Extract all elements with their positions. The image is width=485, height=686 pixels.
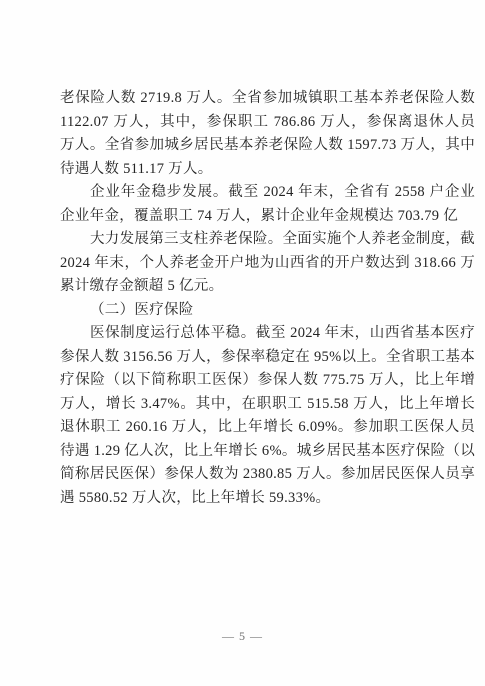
page-footer: — 5 —	[0, 627, 485, 645]
text-line: 企业年金，覆盖职工 74 万人，累计企业年金规模达 703.79 亿元。	[60, 205, 475, 229]
text-line: 大力发展第三支柱养老保险。全面实施个人养老金制度，截至	[60, 228, 475, 252]
section-heading: （二）医疗保险	[60, 299, 475, 323]
page-number: — 5 —	[222, 629, 263, 643]
text-line: 遇 5580.52 万人次，比上年增长 59.33%。	[60, 487, 475, 511]
text-line: 待遇 1.29 亿人次，比上年增长 6%。城乡居民基本医疗保险（以下	[60, 440, 475, 464]
text-line: 老保险人数 2719.8 万人。全省参加城镇职工基本养老保险人数	[60, 87, 475, 111]
text-line: 1122.07 万人，其中，参保职工 786.86 万人，参保离退休人员 335…	[60, 111, 475, 135]
text-line: 参保人数 3156.56 万人，参保率稳定在 95%以上。全省职工基本医	[60, 346, 475, 370]
text-line: 退休职工 260.16 万人，比上年增长 6.09%。参加职工医保人员享受	[60, 416, 475, 440]
text-line: 万人，增长 3.47%。其中，在职职工 515.58 万人，比上年增长 2.2%…	[60, 393, 475, 417]
text-line: 2024 年末，个人养老金开户地为山西省的开户数达到 318.66 万户，	[60, 252, 475, 276]
text-line: 累计缴存金额超 5 亿元。	[60, 275, 475, 299]
text-line: 待遇人数 511.17 万人。	[60, 158, 475, 182]
text-line: 企业年金稳步发展。截至 2024 年末，全省有 2558 户企业建立	[60, 181, 475, 205]
text-line: 医保制度运行总体平稳。截至 2024 年末，山西省基本医疗保险	[60, 322, 475, 346]
text-line: 万人。全省参加城乡居民基本养老保险人数 1597.73 万人，其中领取	[60, 134, 475, 158]
document-page: 老保险人数 2719.8 万人。全省参加城镇职工基本养老保险人数 1122.07…	[0, 0, 485, 686]
text-line: 简称居民医保）参保人数为 2380.85 万人。参加居民医保人员享受待	[60, 463, 475, 487]
text-line: 疗保险（以下简称职工医保）参保人数 775.75 万人，比上年增加 26.02	[60, 369, 475, 393]
document-body: 老保险人数 2719.8 万人。全省参加城镇职工基本养老保险人数 1122.07…	[60, 87, 475, 510]
